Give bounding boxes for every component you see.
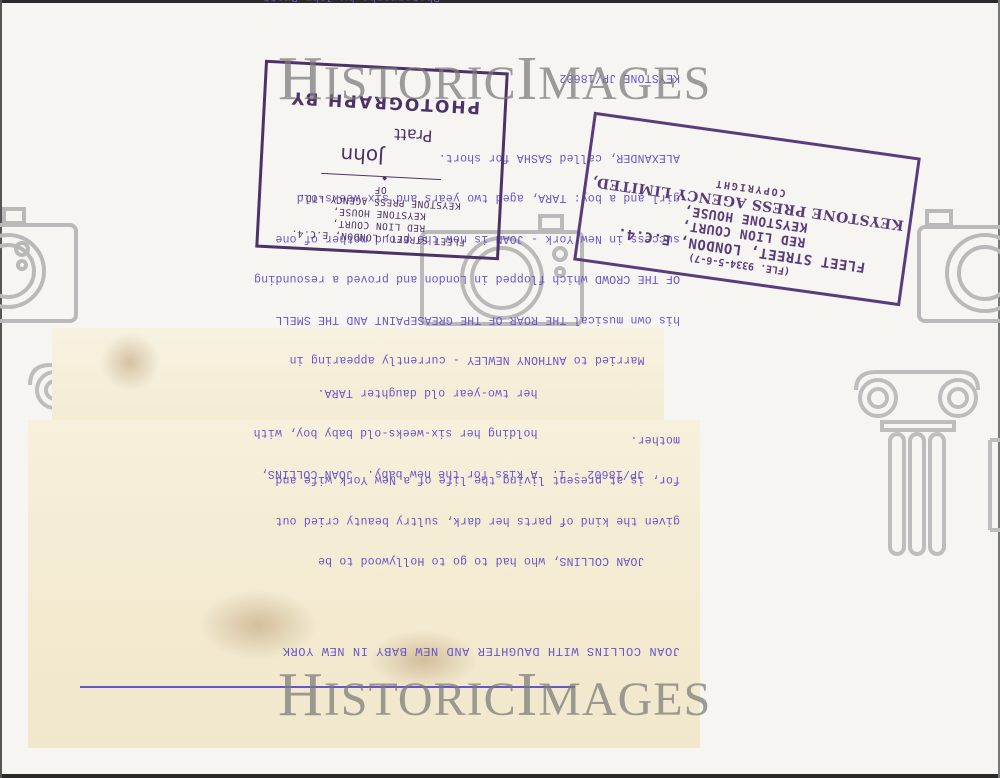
paragraph-line: OF THE CROWD which flopped in London and… bbox=[76, 272, 680, 286]
paragraph-line: for, is at present living the life of a … bbox=[76, 473, 680, 487]
photographer-stamp: FLEET STREET, LONDON, E.C.4. RED LION CO… bbox=[255, 60, 509, 261]
scan-border-bottom bbox=[0, 774, 1000, 778]
ornamental-rule bbox=[321, 173, 441, 180]
headline: JOAN COLLINS WITH DAUGHTER AND NEW BABY … bbox=[76, 644, 680, 658]
headline-underline bbox=[80, 686, 575, 688]
stamp-title: PHOTOGRAPH BY bbox=[266, 86, 505, 118]
paragraph-line: JOAN COLLINS, who had to go to Hollywood… bbox=[76, 554, 680, 568]
camera-icon bbox=[0, 205, 85, 325]
scan-border-left bbox=[0, 0, 2, 778]
paragraph-line: given the kind of parts her dark, sultry… bbox=[76, 514, 680, 528]
caption-main-text: JOAN COLLINS WITH DAUGHTER AND NEW BABY … bbox=[76, 452, 680, 684]
paragraph-line: Married to ANTHONY NEWLEY - currently ap… bbox=[76, 353, 680, 367]
camera-icon bbox=[915, 205, 1000, 325]
paragraph-line: mother. bbox=[76, 433, 680, 447]
paragraph-line: his own musical THE ROAR OF THE GREASEPA… bbox=[76, 313, 680, 327]
photo-credit-line: Photographs by John Pratt bbox=[76, 0, 680, 3]
ionic-column-icon bbox=[850, 360, 1000, 560]
